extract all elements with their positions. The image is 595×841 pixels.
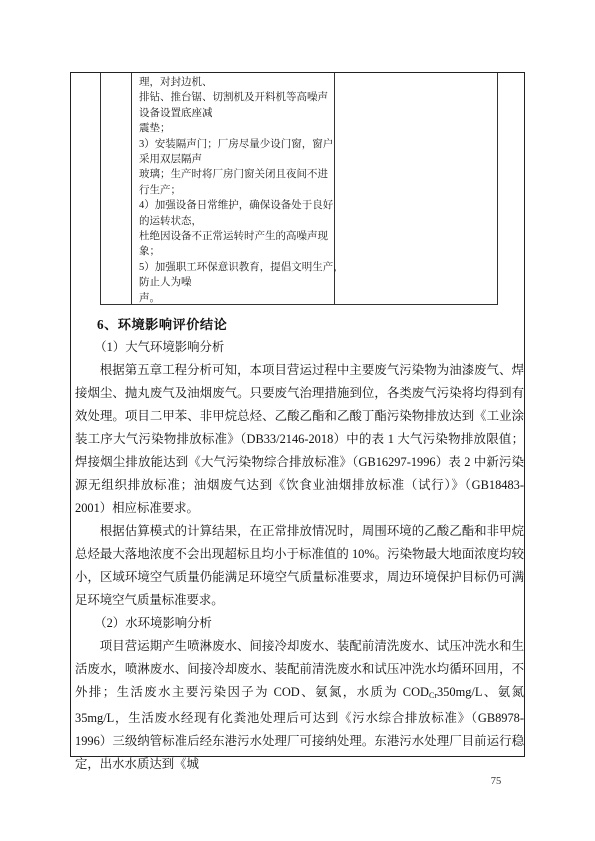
table-cell-line: 排钻、推台锯、切割机及开料机等高噪声: [139, 90, 332, 105]
paragraph-air-2: 根据估算模式的计算结果，在正常排放情况时，周围环境的乙酸乙酯和非甲烷总烃最大落地…: [75, 520, 524, 612]
table-cell-line: 杜绝因设备不正常运转时产生的高噪声现: [139, 229, 332, 244]
document-page: 理，对封边机、 排钻、推台锯、切割机及开料机等高噪声 设备设置底座减 震垫； 3…: [0, 0, 595, 841]
continued-table: 理，对封边机、 排钻、推台锯、切割机及开料机等高噪声 设备设置底座减 震垫； 3…: [100, 73, 498, 305]
table-cell-line: 声。: [139, 291, 332, 306]
table-cell-line: 象；: [139, 244, 332, 259]
table-cell-line: 玻璃；生产时将厂房门窗关闭且夜间不进: [139, 167, 332, 182]
subsection-heading-air: （1）大气环境影响分析: [75, 336, 524, 359]
table-cell-noise-measures: 理，对封边机、 排钻、推台锯、切割机及开料机等高噪声 设备设置底座减 震垫； 3…: [132, 74, 334, 303]
cod-subscript: Cr: [429, 691, 437, 700]
table-cell-line: 3）安装隔声门；厂房尽量少设门窗，窗户: [139, 137, 332, 152]
table-cell-line: 防止人为噪: [139, 275, 332, 290]
section-heading: 6、环境影响评价结论: [97, 313, 524, 336]
paragraph-water: 项目营运期产生喷淋废水、间接冷却废水、装配前清洗废水、试压冲洗水和生活废水，喷淋…: [75, 635, 524, 776]
table-cell-line: 震垫；: [139, 121, 332, 136]
table-cell-line: 4）加强设备日常维护，确保设备处于良好: [139, 198, 332, 213]
subsection-heading-water: （2）水环境影响分析: [75, 612, 524, 635]
table-cell-line: 采用双层隔声: [139, 152, 332, 167]
table-cell-line: 的运转状态，: [139, 214, 332, 229]
body-text: 6、环境影响评价结论 （1）大气环境影响分析 根据第五章工程分析可知，本项目营运…: [75, 313, 524, 776]
table-cell-line: 行生产；: [139, 183, 332, 198]
table-cell-line: 理，对封边机、: [139, 75, 332, 90]
paragraph-air-1: 根据第五章工程分析可知，本项目营运过程中主要废气污染物为油漆废气、焊接烟尘、抛丸…: [75, 359, 524, 520]
table-cell-line: 设备设置底座减: [139, 106, 332, 121]
page-number: 75: [484, 776, 508, 787]
table-cell-line: 5）加强职工环保意识教育，提倡文明生产，: [139, 260, 332, 275]
